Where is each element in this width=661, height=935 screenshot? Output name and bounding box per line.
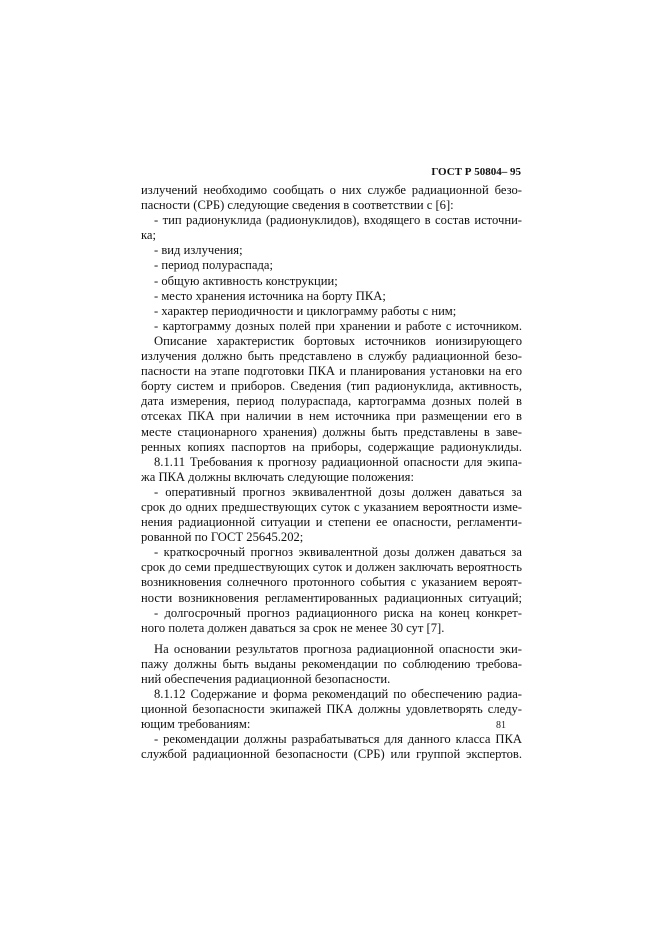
text-line: 8.1.12 Содержание и форма рекомендаций п… [141,687,522,702]
text-line: пажу должны быть выданы рекомендации по … [141,657,522,672]
text-line: излучения должно быть представлено в слу… [141,349,522,364]
text-line: возникновения солнечного протонного собы… [141,575,522,590]
text-line: ренных копиях паспортов на приборы, соде… [141,440,522,455]
text-line: дата измерения, период полураспада, карт… [141,394,522,409]
document-code-header: ГОСТ Р 50804– 95 [420,166,521,178]
text-line: излучений необходимо сообщать о них служ… [141,183,522,198]
text-line: ний обеспечения радиационной безопасност… [141,672,522,687]
text-line: ного полета должен даваться за срок не м… [141,621,522,636]
text-line: месте стационарного хранения) должны быт… [141,425,522,440]
text-line: жа ПКА должны включать следующие положен… [141,470,522,485]
page-number: 81 [496,720,506,731]
text-line: срок до одних предшествующих суток с ука… [141,500,522,515]
text-line: ционной безопасности экипажей ПКА должны… [141,702,522,717]
text-line: - период полураспада; [141,258,522,273]
text-line: нения радиационной ситуации и степени ее… [141,515,522,530]
text-line: - общую активность конструкции; [141,274,522,289]
text-line: - место хранения источника на борту ПКА; [141,289,522,304]
text-line: - краткосрочный прогноз эквивалентной до… [141,545,522,560]
text-line: пасности на этапе подготовки ПКА и плани… [141,364,522,379]
text-line: ности возникновения регламентированных р… [141,591,522,606]
text-line: рованной по ГОСТ 25645.202; [141,530,522,545]
text-line: ющим требованиям: [141,717,522,732]
text-line: службой радиационной безопасности (СРБ) … [141,747,522,762]
text-line: - оперативный прогноз эквивалентной дозы… [141,485,522,500]
document-body: излучений необходимо сообщать о них служ… [141,183,522,763]
text-line: борту систем и приборов. Сведения (тип р… [141,379,522,394]
text-line: На основании результатов прогноза радиац… [141,642,522,657]
text-line: - тип радионуклида (радионуклидов), вход… [141,213,522,228]
text-line: - долгосрочный прогноз радиационного рис… [141,606,522,621]
text-line: - картограмму дозных полей при хранении … [141,319,522,334]
text-line: Описание характеристик бортовых источник… [141,334,522,349]
text-line: 8.1.11 Требования к прогнозу радиационно… [141,455,522,470]
text-line: ка; [141,228,522,243]
text-line: - рекомендации должны разрабатываться дл… [141,732,522,747]
text-line: отсеках ПКА при наличии в нем источника … [141,409,522,424]
text-line: - вид излучения; [141,243,522,258]
text-line: пасности (СРБ) следующие сведения в соот… [141,198,522,213]
document-page: ГОСТ Р 50804– 95 излучений необходимо со… [0,0,661,935]
text-line: срок до семи предшествующих суток и долж… [141,560,522,575]
text-line: - характер периодичности и циклограмму р… [141,304,522,319]
